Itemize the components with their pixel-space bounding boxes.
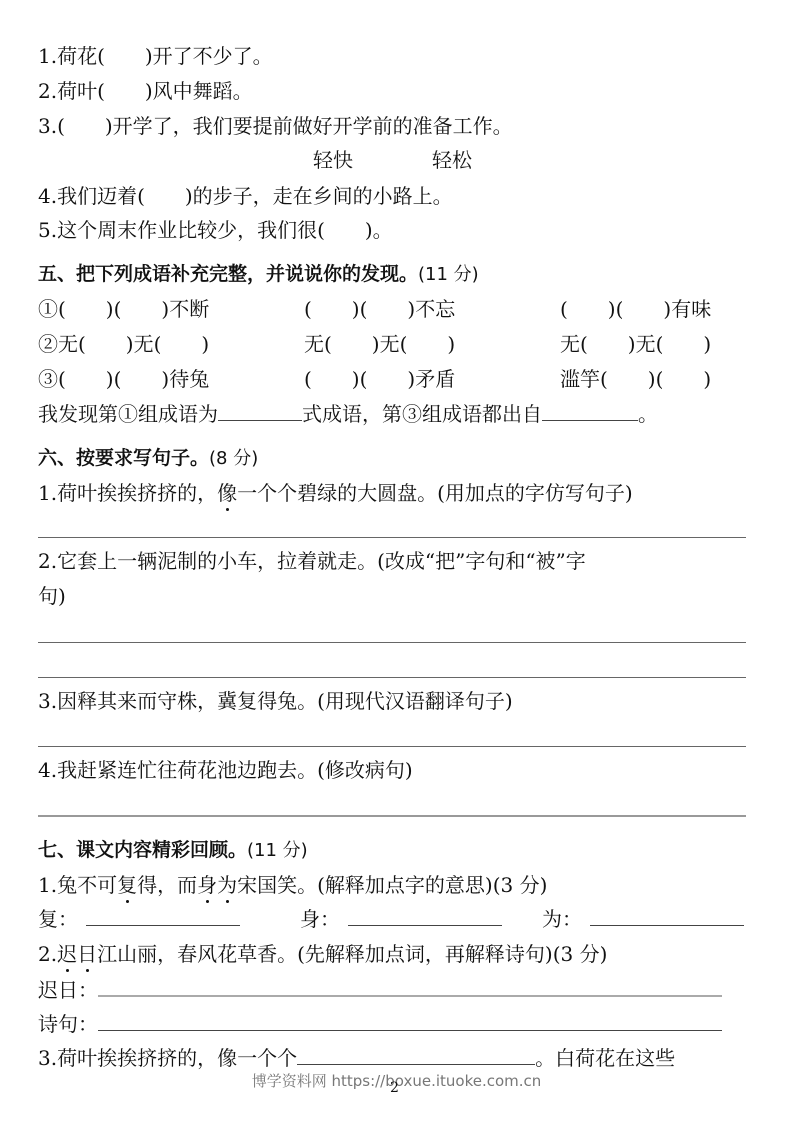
idiom-cell: 无( )无( ) bbox=[560, 332, 711, 356]
answer-blank[interactable] bbox=[297, 1046, 535, 1065]
section-7-heading: 七、课文内容精彩回顾。(11 分) bbox=[38, 838, 308, 863]
q-text: 一个个碧绿的大圆盘。(用加点的字仿写句子) bbox=[237, 481, 633, 505]
answer-blank[interactable] bbox=[542, 402, 638, 421]
question-6-2: 2.它套上一辆泥制的小车，拉着就走。(改成“把”字句和“被”字 bbox=[38, 549, 586, 573]
question-6-2-cont: 句) bbox=[38, 584, 66, 608]
question-4-1: 1.荷花( )开了不少了。 bbox=[38, 44, 273, 68]
question-6-4: 4.我赶紧连忙往荷花池边跑去。(修改病句) bbox=[38, 758, 413, 782]
section-5-title: 五、把下列成语补充完整，并说说你的发现。 bbox=[38, 263, 418, 285]
question-6-3: 3.因释其来而守株，冀复得兔。(用现代汉语翻译句子) bbox=[38, 689, 513, 713]
question-4-2: 2.荷叶( )风中舞蹈。 bbox=[38, 79, 253, 103]
label-shiju: 诗句： bbox=[38, 1012, 98, 1036]
section-5-heading: 五、把下列成语补充完整，并说说你的发现。(11 分) bbox=[38, 262, 479, 287]
idiom-cell: 滥竽( )( ) bbox=[560, 367, 711, 391]
q-text: 3.荷叶挨挨挤挤的，像一个个 bbox=[38, 1046, 297, 1070]
q-text: 江山丽，春风花草香。(先解释加点词，再解释诗句)(3 分) bbox=[97, 942, 607, 966]
dotted-char: 身 bbox=[197, 873, 217, 897]
finding-text-2: 式成语，第③组成语都出自 bbox=[302, 402, 542, 426]
question-6-1: 1.荷叶挨挨挤挤的，像一个个碧绿的大圆盘。(用加点的字仿写句子) bbox=[38, 481, 633, 505]
question-4-5: 5.这个周末作业比较少，我们很( )。 bbox=[38, 218, 393, 242]
label-fu: 复： bbox=[38, 907, 78, 931]
chiri-row: 迟日： bbox=[38, 977, 722, 1002]
dotted-char: 像 bbox=[217, 481, 237, 505]
shiju-row: 诗句： bbox=[38, 1012, 722, 1036]
question-7-1: 1.兔不可复得，而身为宋国笑。(解释加点字的意思)(3 分) bbox=[38, 873, 547, 897]
section-7-title: 七、课文内容精彩回顾。 bbox=[38, 839, 247, 861]
answer-blank[interactable] bbox=[98, 977, 722, 997]
answer-blank[interactable] bbox=[590, 907, 744, 926]
label-chiri: 迟日： bbox=[38, 978, 98, 1002]
answer-line[interactable] bbox=[38, 537, 746, 538]
q-text: 得，而 bbox=[137, 873, 197, 897]
q-text: 1.荷叶挨挨挤挤的， bbox=[38, 481, 217, 505]
q-text: 。白荷花在这些 bbox=[535, 1046, 675, 1070]
idiom-cell: ②无( )无( ) bbox=[38, 332, 209, 356]
finding-text-1: 我发现第①组成语为 bbox=[38, 402, 218, 426]
dotted-char: 迟 bbox=[57, 942, 77, 966]
answer-line[interactable] bbox=[38, 677, 746, 678]
dotted-char: 复 bbox=[117, 873, 137, 897]
idiom-cell: ( )( )不忘 bbox=[304, 297, 455, 321]
answer-blank[interactable] bbox=[218, 402, 302, 421]
idiom-cell: ( )( )有味 bbox=[560, 297, 711, 321]
question-4-4: 4.我们迈着( )的步子，走在乡间的小路上。 bbox=[38, 184, 453, 208]
explain-row: 复：身：为： bbox=[38, 907, 744, 931]
idiom-cell: 无( )无( ) bbox=[304, 332, 455, 356]
dotted-char: 日 bbox=[77, 942, 97, 966]
dotted-char: 为 bbox=[217, 873, 237, 897]
idiom-cell: ( )( )矛盾 bbox=[304, 367, 455, 391]
section-6-score: (8 分) bbox=[209, 448, 258, 469]
question-7-3: 3.荷叶挨挨挤挤的，像一个个。白荷花在这些 bbox=[38, 1046, 675, 1070]
question-4-3: 3.( )开学了，我们要提前做好开学前的准备工作。 bbox=[38, 114, 513, 138]
finding-sentence: 我发现第①组成语为式成语，第③组成语都出自。 bbox=[38, 402, 658, 426]
q-text: 2. bbox=[38, 942, 57, 966]
question-7-2: 2.迟日江山丽，春风花草香。(先解释加点词，再解释诗句)(3 分) bbox=[38, 942, 607, 966]
section-6-title: 六、按要求写句子。 bbox=[38, 447, 209, 469]
answer-blank[interactable] bbox=[98, 1012, 722, 1031]
q-text: 宋国笑。(解释加点字的意思)(3 分) bbox=[237, 873, 547, 897]
label-wei: 为： bbox=[542, 907, 582, 931]
answer-blank[interactable] bbox=[86, 907, 240, 926]
answer-line[interactable] bbox=[38, 642, 746, 643]
word-choice-2: 轻松 bbox=[432, 148, 472, 172]
q-text: 1.兔不可 bbox=[38, 873, 117, 897]
page-number: 2 bbox=[390, 1080, 399, 1096]
answer-line[interactable] bbox=[38, 815, 746, 817]
finding-end: 。 bbox=[638, 402, 658, 426]
answer-blank[interactable] bbox=[348, 907, 502, 926]
idiom-cell: ①( )( )不断 bbox=[38, 297, 209, 321]
section-7-score: (11 分) bbox=[247, 840, 308, 861]
section-6-heading: 六、按要求写句子。(8 分) bbox=[38, 446, 258, 471]
idiom-cell: ③( )( )待兔 bbox=[38, 367, 209, 391]
label-shen: 身： bbox=[300, 907, 340, 931]
word-choice-1: 轻快 bbox=[313, 148, 353, 172]
answer-line[interactable] bbox=[38, 746, 746, 747]
section-5-score: (11 分) bbox=[418, 264, 479, 285]
